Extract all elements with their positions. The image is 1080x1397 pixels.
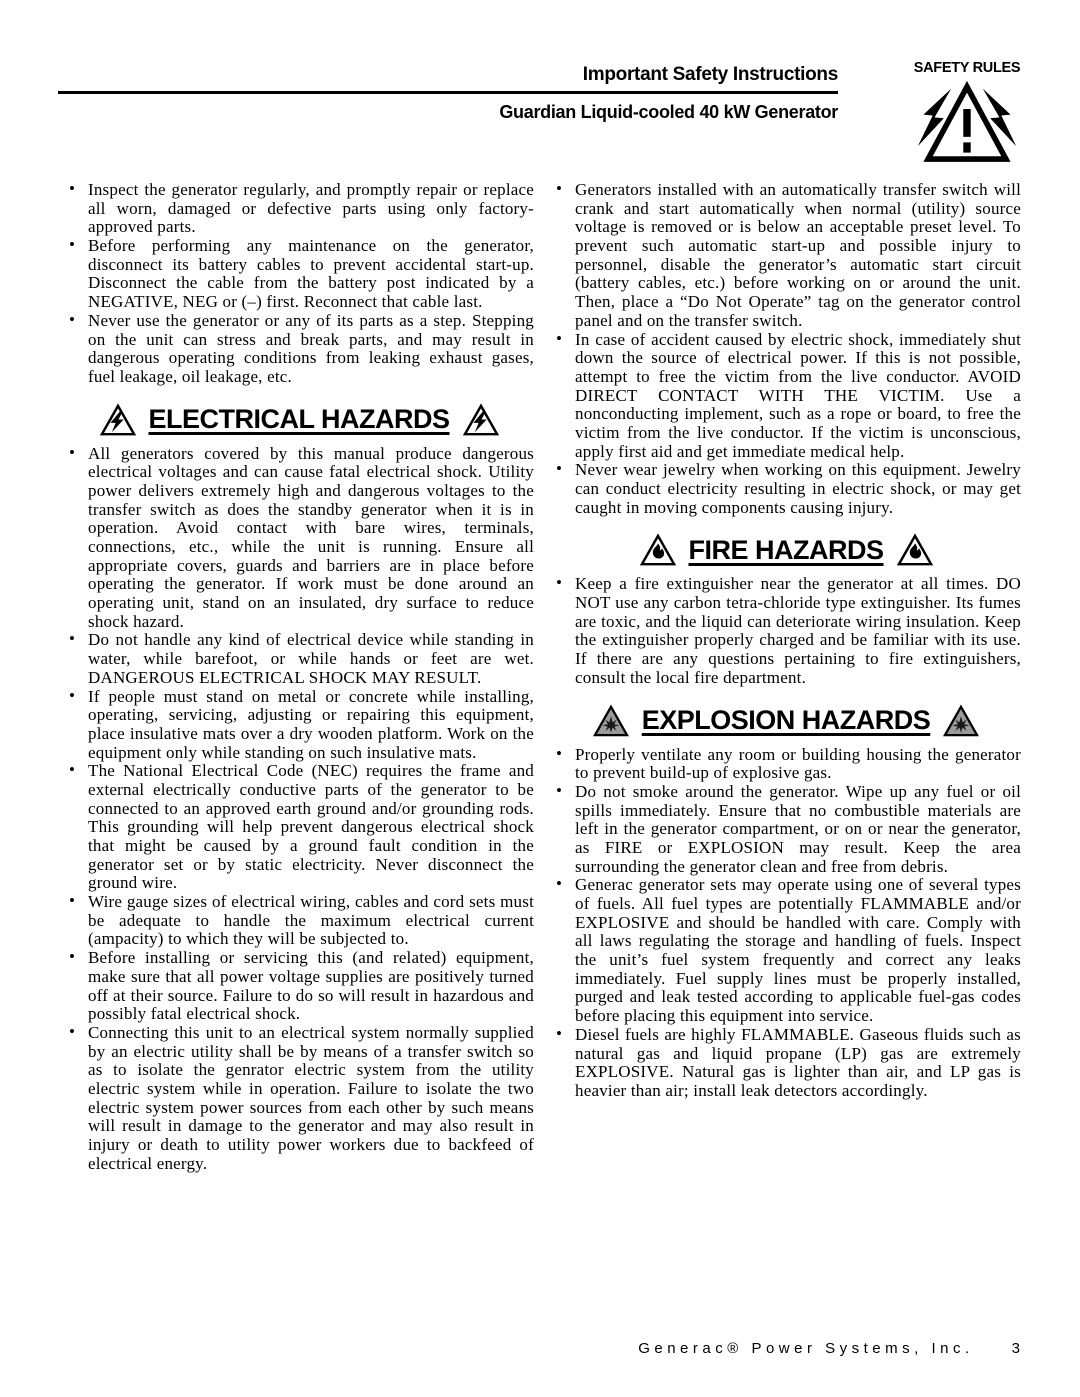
safety-bullet: Generac generator sets may operate using… xyxy=(551,876,1021,1026)
safety-bullet: Before installing or servicing this (and… xyxy=(64,949,534,1024)
explosion-triangle-icon xyxy=(942,704,980,738)
explosion-triangle-icon xyxy=(592,704,630,738)
safety-rules-badge: SAFETY RULES xyxy=(903,60,1031,171)
header-divider xyxy=(58,91,838,94)
section-title: FIRE HAZARDS xyxy=(689,537,884,564)
safety-bullet: Before performing any maintenance on the… xyxy=(64,237,534,312)
page-title: Important Safety Instructions xyxy=(58,64,838,86)
page-footer: Generac® Power Systems, Inc.3 xyxy=(638,1340,1020,1357)
explosion-hazards-list: Properly ventilate any room or building … xyxy=(551,746,1021,1101)
section-title: ELECTRICAL HAZARDS xyxy=(149,406,450,433)
flame-triangle-icon xyxy=(639,533,677,567)
safety-bullet: Never use the generator or any of its pa… xyxy=(64,312,534,387)
electrical-hazards-list: All generators covered by this manual pr… xyxy=(64,445,534,1174)
fire-hazards-list: Keep a fire extinguisher near the genera… xyxy=(551,575,1021,687)
safety-bullet: Never wear jewelry when working on this … xyxy=(551,461,1021,517)
footer-company-text: Generac® Power Systems, Inc. xyxy=(638,1340,973,1357)
safety-bullet: Diesel fuels are highly FLAMMABLE. Gaseo… xyxy=(551,1026,1021,1101)
general-safety-list-continued: Generators installed with an automatical… xyxy=(551,181,1021,517)
section-heading-fire: FIRE HAZARDS xyxy=(551,533,1021,567)
safety-bullet: Inspect the generator regularly, and pro… xyxy=(64,181,534,237)
flame-triangle-icon xyxy=(896,533,934,567)
lightning-triangle-icon xyxy=(462,403,500,437)
safety-bullet: The National Electrical Code (NEC) requi… xyxy=(64,762,534,893)
safety-bullet: Keep a fire extinguisher near the genera… xyxy=(551,575,1021,687)
right-column: Generators installed with an automatical… xyxy=(551,181,1021,1101)
general-safety-list: Inspect the generator regularly, and pro… xyxy=(64,181,534,387)
lightning-triangle-icon xyxy=(99,403,137,437)
left-column: Inspect the generator regularly, and pro… xyxy=(64,181,534,1173)
section-heading-electrical: ELECTRICAL HAZARDS xyxy=(64,403,534,437)
safety-bullet: All generators covered by this manual pr… xyxy=(64,445,534,632)
safety-bullet: Properly ventilate any room or building … xyxy=(551,746,1021,783)
safety-rules-label: SAFETY RULES xyxy=(903,60,1031,76)
page-header: Important Safety Instructions Guardian L… xyxy=(58,64,838,123)
page-number: 3 xyxy=(1012,1340,1020,1357)
safety-bullet: Connecting this unit to an electrical sy… xyxy=(64,1024,534,1174)
warning-triangle-lightning-icon xyxy=(903,78,1031,171)
safety-bullet: Generators installed with an automatical… xyxy=(551,181,1021,331)
safety-bullet: Do not handle any kind of electrical dev… xyxy=(64,631,534,687)
safety-bullet: Wire gauge sizes of electrical wiring, c… xyxy=(64,893,534,949)
page-subtitle: Guardian Liquid-cooled 40 kW Generator xyxy=(58,102,838,123)
safety-bullet: In case of accident caused by electric s… xyxy=(551,331,1021,462)
manual-page: Important Safety Instructions Guardian L… xyxy=(0,0,1080,1397)
safety-bullet: If people must stand on metal or concret… xyxy=(64,688,534,763)
section-heading-explosion: EXPLOSION HAZARDS xyxy=(551,704,1021,738)
section-title: EXPLOSION HAZARDS xyxy=(642,707,931,734)
safety-bullet: Do not smoke around the generator. Wipe … xyxy=(551,783,1021,876)
